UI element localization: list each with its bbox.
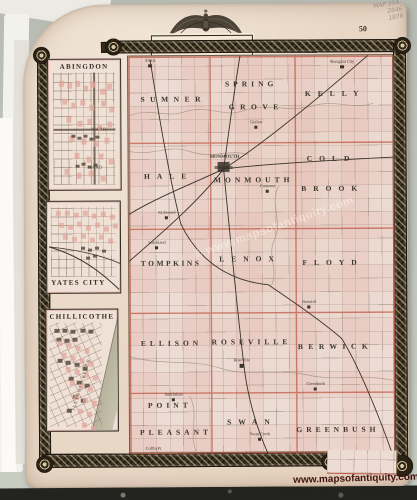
built-blocks: [71, 135, 75, 138]
township-label: BROOK: [301, 184, 364, 193]
township-label: SPRING: [225, 79, 277, 88]
county-map: SUMNER SPRING GROVE KELLY HALE MONMOUTH …: [127, 54, 395, 453]
township-label: FLOYD: [302, 258, 363, 267]
town-label: Kirkwood: [158, 211, 175, 215]
inset-title: CHILLICOTHE: [46, 313, 117, 321]
town-label-monmouth: MONMOUTH: [210, 154, 240, 159]
township-label: COLD: [307, 154, 357, 163]
township-label: SWAN: [227, 417, 277, 426]
street-grid: WARD WARD: [53, 73, 116, 185]
town-label: Cameron: [260, 185, 276, 189]
town-label: Gerlaw: [250, 121, 263, 125]
town-label: Smithshire: [165, 393, 183, 397]
township-label: GREENBUSH: [296, 425, 379, 434]
township-label: SUMNER: [140, 95, 206, 104]
town-label: Swan Creek: [250, 433, 271, 437]
inset-abingdon: ABINGDON WARD WARD: [47, 58, 122, 190]
frame-rosette-icon: [36, 456, 53, 473]
inset-title: YATES CITY: [51, 279, 105, 287]
ward-label: WARD: [91, 127, 106, 132]
frame-rosette-icon: [394, 37, 411, 54]
plate-number: 50: [353, 24, 373, 33]
town-label: Shanghai City: [330, 60, 354, 64]
inset-chillicothe: CHILLICOTHE ILLINOIS RIVER: [45, 309, 119, 432]
town-label: Alexis: [144, 59, 155, 63]
town-label: Larchland: [148, 241, 165, 245]
inset-yates-city: YATES CITY: [46, 200, 121, 293]
inset-title: ABINGDON: [48, 62, 120, 70]
atlas-page: MAP 354- 2846 1876 50 MAP OF WARREN COUN…: [23, 3, 410, 488]
township-label: ELLISON: [141, 339, 202, 348]
township-label: HALE: [144, 172, 193, 181]
town-label: Roseville: [234, 359, 250, 363]
frame-border-top: [111, 39, 407, 54]
built-blocks: [54, 329, 59, 333]
town-label: Greenbush: [307, 382, 325, 386]
frame-rosette-icon: [105, 38, 122, 55]
town-blocks: [59, 81, 64, 87]
township-label: LENOX: [219, 254, 281, 263]
township-label: POINT: [148, 401, 192, 410]
township-label: GROVE: [229, 102, 284, 111]
antique-map-photo: MAP 354- 2846 1876 50 MAP OF WARREN COUN…: [0, 0, 417, 500]
town-blocks: [57, 341, 62, 346]
township-label: PLEASANT: [140, 428, 212, 437]
township-label: MONMOUTH: [214, 175, 294, 184]
township-label: KELLY: [305, 89, 366, 98]
footer-watermark-url: www.mapsofantiquity.com: [293, 472, 417, 486]
frame-border-bottom: [45, 452, 327, 467]
map-spill-corner: [327, 450, 397, 475]
town-label: Berwick: [302, 300, 316, 304]
street-grid: [49, 323, 102, 427]
town-label: Coffin Pt.: [146, 447, 163, 451]
township-label: ROSEVILLE: [212, 337, 292, 346]
ward-label: WARD: [88, 165, 103, 170]
township-label: BERWICK: [298, 342, 373, 351]
